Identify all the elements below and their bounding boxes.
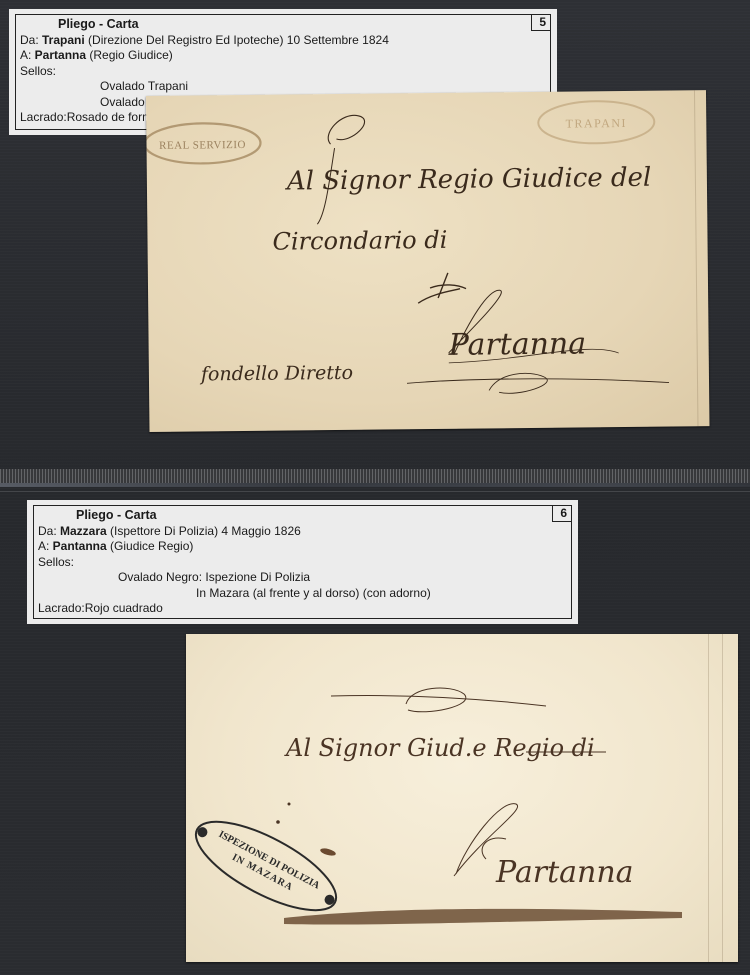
address-line-1: Al Signor Giud.e Regio di bbox=[284, 734, 595, 762]
address-city: Partanna bbox=[495, 855, 634, 890]
to-place: Partanna bbox=[35, 48, 86, 62]
address-line-1: Al Signor Regio Giudice del bbox=[285, 163, 652, 197]
sellos-label: Sellos: bbox=[20, 64, 546, 80]
from-place: Mazzara bbox=[60, 524, 107, 538]
letter-cover-6: Al Signor Giud.e Regio di ISPEZIONE DI P… bbox=[186, 634, 738, 962]
svg-text:TRAPANI: TRAPANI bbox=[566, 116, 628, 131]
stamp-ispezione-polizia-icon: ISPEZIONE DI POLIZIA IN MAZARA bbox=[186, 805, 348, 928]
item-title: Pliego - Carta bbox=[38, 508, 567, 524]
sellos-label: Sellos: bbox=[38, 555, 567, 571]
sello-item: In Mazara (al frente y al dorso) (con ad… bbox=[38, 586, 567, 602]
to-place: Pantanna bbox=[53, 539, 107, 553]
cover-6-handwriting: Al Signor Giud.e Regio di ISPEZIONE DI P… bbox=[186, 634, 738, 962]
item-number: 6 bbox=[552, 505, 572, 522]
lacrado-line: Lacrado:Rojo cuadrado bbox=[38, 601, 567, 617]
from-line: Da: Trapani (Direzione Del Registro Ed I… bbox=[20, 33, 546, 49]
stamp-trapani-icon: TRAPANI bbox=[538, 101, 654, 144]
album-strip-line bbox=[0, 491, 750, 492]
to-line: A: Partanna (Regio Giudice) bbox=[20, 48, 546, 64]
cover-5-handwriting: REAL SERVIZIO TRAPANI Al Signor Regio Gi… bbox=[146, 90, 709, 432]
to-line: A: Pantanna (Giudice Regio) bbox=[38, 539, 567, 555]
from-place: Trapani bbox=[42, 33, 85, 47]
stamp-real-servizio-icon: REAL SERVIZIO bbox=[146, 123, 261, 164]
svg-text:REAL SERVIZIO: REAL SERVIZIO bbox=[159, 139, 246, 152]
sello-item: Ovalado Negro: Ispezione Di Polizia bbox=[38, 570, 567, 586]
cover-note: fondello Diretto bbox=[199, 362, 353, 386]
item-label-card-6: 6 Pliego - Carta Da: Mazzara (Ispettore … bbox=[27, 500, 578, 624]
item-label-6: 6 Pliego - Carta Da: Mazzara (Ispettore … bbox=[33, 505, 572, 619]
address-line-2: Circondario di bbox=[272, 226, 447, 256]
letter-cover-5: REAL SERVIZIO TRAPANI Al Signor Regio Gi… bbox=[146, 90, 709, 432]
from-line: Da: Mazzara (Ispettore Di Polizia) 4 Mag… bbox=[38, 524, 567, 540]
item-number: 5 bbox=[531, 14, 551, 31]
album-strip-divider bbox=[0, 469, 750, 483]
item-title: Pliego - Carta bbox=[20, 17, 546, 33]
